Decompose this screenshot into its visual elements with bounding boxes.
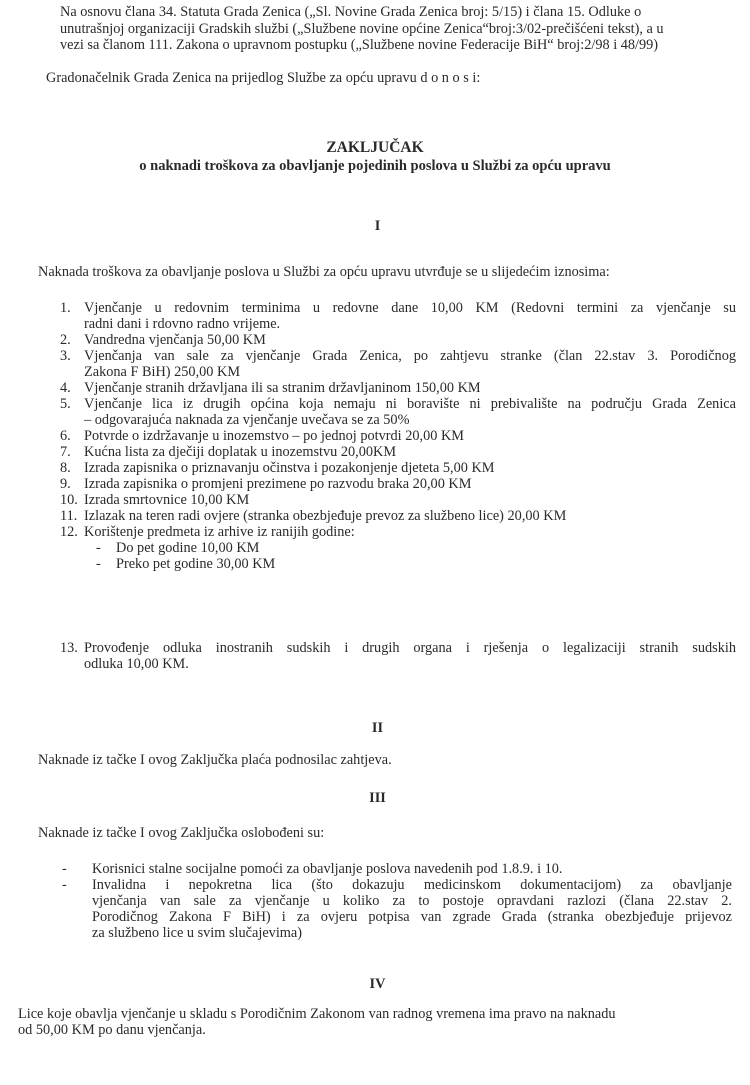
item-text: odluka 10,00 KM.	[84, 656, 736, 672]
item-text: Vjenčanje lica iz drugih općina koja nem…	[84, 396, 736, 412]
item-text: – odgovarajuća naknada za vjenčanje uveč…	[84, 412, 736, 428]
item-text: Provođenje odluka inostranih sudskih i d…	[84, 640, 736, 656]
item-number: 9.	[60, 476, 71, 492]
item-text: Izrada zapisnika o promjeni prezimene po…	[84, 476, 736, 492]
item-text: Zakona F BiH) 250,00 KM	[84, 364, 736, 380]
section-1-heading: I	[0, 218, 750, 234]
item-text: radni dani i rdovno radno vrijeme.	[84, 316, 736, 332]
item-number: 7.	[60, 444, 71, 460]
section-3-intro: Naknade iz tačke I ovog Zaključka oslobo…	[38, 825, 324, 841]
exemption-text: vjenčanja van sale za vjenčanje u koliko…	[92, 893, 732, 909]
document-title: ZAKLJUČAK	[0, 140, 750, 156]
item-text: Izrada smrtovnice 10,00 KM	[84, 492, 736, 508]
item-number: 11.	[60, 508, 77, 524]
exemption-text: Invalidna i nepokretna lica (što dokazuj…	[92, 877, 732, 893]
preamble-line-3: vezi sa članom 111. Zakona o upravnom po…	[60, 37, 736, 53]
item-number: 4.	[60, 380, 71, 396]
item-text: Vjenčanje stranih državljana ili sa stra…	[84, 380, 736, 396]
dash-bullet: -	[96, 540, 101, 556]
exemption-text: za službeno lice u svim slučajevima)	[92, 925, 732, 941]
section-4-heading: IV	[0, 976, 750, 992]
exemption-text: Korisnici stalne socijalne pomoći za oba…	[92, 861, 732, 877]
dash-bullet: -	[62, 877, 67, 893]
section-1-intro: Naknada troškova za obavljanje poslova u…	[38, 264, 610, 280]
item-text: Izlazak na teren radi ovjere (stranka ob…	[84, 508, 736, 524]
item-number: 6.	[60, 428, 71, 444]
subitem-text: Do pet godine 10,00 KM	[116, 540, 259, 556]
section-2-heading: II	[0, 720, 750, 736]
item-number: 10.	[60, 492, 78, 508]
item-text: Korištenje predmeta iz arhive iz ranijih…	[84, 524, 736, 540]
item-number: 5.	[60, 396, 71, 412]
item-number: 1.	[60, 300, 71, 316]
document-page: Na osnovu člana 34. Statuta Grada Zenica…	[0, 0, 750, 1085]
exemption-text: Porodičnog Zakona F BiH) i za ovjeru pot…	[92, 909, 732, 925]
item-number: 3.	[60, 348, 71, 364]
item-text: Kućna lista za dječiji doplatak u inozem…	[84, 444, 736, 460]
dash-bullet: -	[96, 556, 101, 572]
preamble-line-4: Gradonačelnik Grada Zenica na prijedlog …	[46, 70, 480, 86]
item-number: 2.	[60, 332, 71, 348]
item-number: 12.	[60, 524, 78, 540]
preamble-line-2: unutrašnjoj organizaciji Gradskih službi…	[60, 21, 736, 37]
preamble-line-1: Na osnovu člana 34. Statuta Grada Zenica…	[60, 4, 736, 20]
dash-bullet: -	[62, 861, 67, 877]
item-text: Izrada zapisnika o priznavanju očinstva …	[84, 460, 736, 476]
document-subtitle: o naknadi troškova za obavljanje pojedin…	[0, 158, 750, 174]
item-number: 13.	[60, 640, 78, 656]
item-text: Vandredna vjenčanja 50,00 KM	[84, 332, 736, 348]
subitem-text: Preko pet godine 30,00 KM	[116, 556, 275, 572]
item-text: Potvrde o izdržavanje u inozemstvo – po …	[84, 428, 736, 444]
item-text: Vjenčanja van sale za vjenčanje Grada Ze…	[84, 348, 736, 364]
section-4-line-1: Lice koje obavlja vjenčanje u skladu s P…	[18, 1006, 704, 1022]
section-3-heading: III	[0, 790, 750, 806]
section-4-line-2: od 50,00 KM po danu vjenčanja.	[18, 1022, 206, 1038]
section-2-text: Naknade iz tačke I ovog Zaključka plaća …	[38, 752, 392, 768]
item-text: Vjenčanje u redovnim terminima u redovne…	[84, 300, 736, 316]
item-number: 8.	[60, 460, 71, 476]
